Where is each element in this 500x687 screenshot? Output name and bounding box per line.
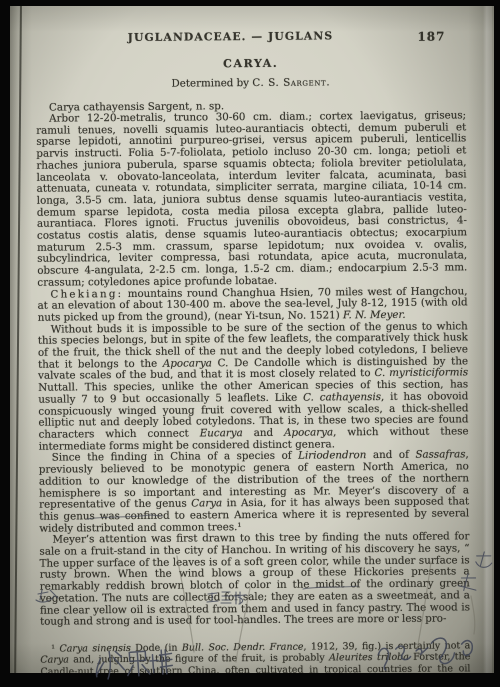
page-left-edge-line — [14, 6, 22, 673]
running-title: JUGLANDACEAE. — JUGLANS — [35, 28, 465, 44]
byline: Determined by C. S. Sargent. — [36, 75, 466, 90]
distribution-paragraph: Since the finding in China of a species … — [39, 450, 470, 535]
page-right-edge — [483, 6, 492, 673]
meyer-quote-paragraph: Meyer’s attention was first drawn to thi… — [39, 532, 470, 629]
running-header: JUGLANDACEAE. — JUGLANS 187 — [35, 28, 465, 46]
book-page: JUGLANDACEAE. — JUGLANS 187 CARYA. Deter… — [10, 6, 494, 673]
page-number: 187 — [417, 29, 445, 43]
discussion-paragraph: Without buds it is impossible to be sure… — [38, 321, 469, 453]
footnote: ¹ Carya sinensis Dode (in Bull. Soc. Den… — [40, 640, 470, 673]
scanned-page-photo: JUGLANDACEAE. — JUGLANS 187 CARYA. Deter… — [0, 0, 500, 687]
page-content: JUGLANDACEAE. — JUGLANS 187 CARYA. Deter… — [35, 28, 470, 673]
latin-description-paragraph: Arbor 12-20-metralis, trunco 30-60 cm. d… — [36, 110, 467, 289]
genus-heading: CARYA. — [36, 55, 466, 71]
byline-prefix: Determined by — [171, 77, 252, 90]
locality-paragraph: Chekiang: mountains round Changhua Hsien… — [37, 286, 467, 324]
byline-author: C. S. Sargent. — [252, 76, 330, 89]
